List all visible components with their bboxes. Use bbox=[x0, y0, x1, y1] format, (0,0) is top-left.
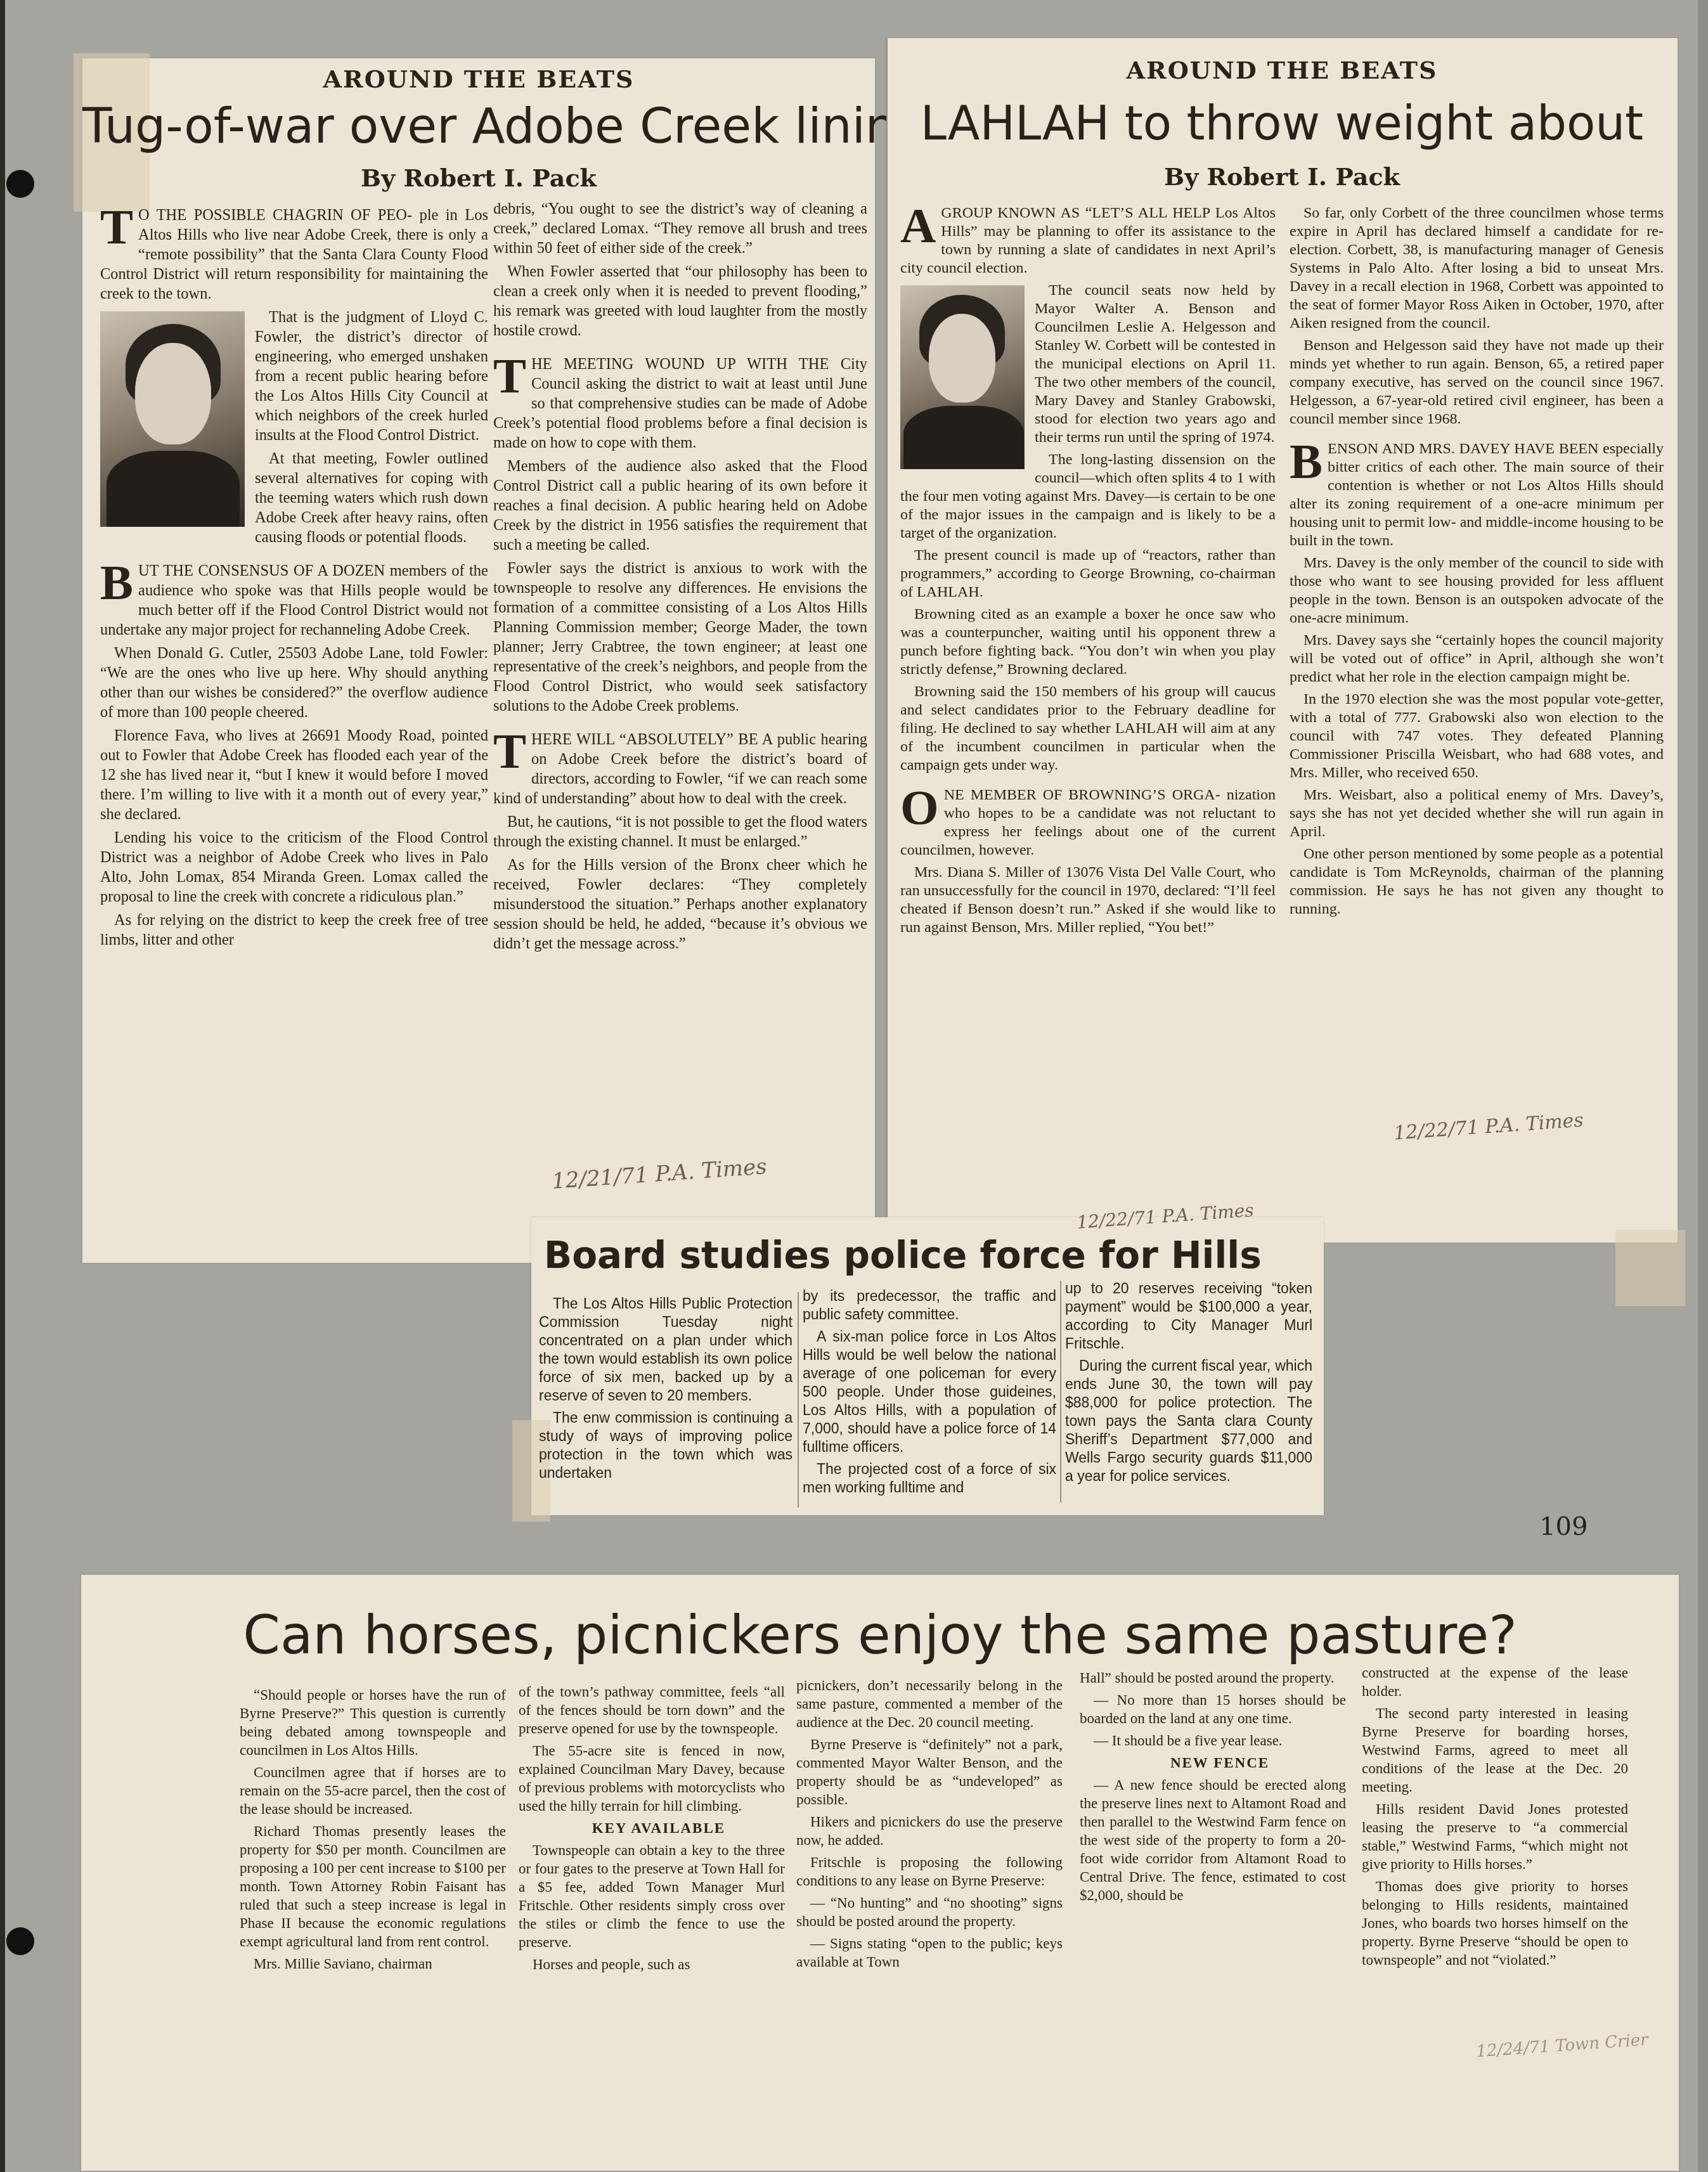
article-column: up to 20 reserves receiving “token payme… bbox=[1065, 1279, 1312, 1489]
drop-cap: B bbox=[100, 564, 133, 602]
handwritten-date-note: 12/21/71 P.A. Times bbox=[551, 1154, 768, 1194]
article-byline: By Robert I. Pack bbox=[886, 162, 1678, 191]
article-headline: LAHLAH to throw weight about bbox=[886, 96, 1678, 151]
drop-cap: A bbox=[900, 207, 936, 245]
handwritten-date-note: 12/24/71 Town Crier bbox=[1475, 2031, 1648, 2062]
portrait-photo-icon bbox=[900, 285, 1025, 469]
article-column: Hall” should be posted around the proper… bbox=[1080, 1669, 1346, 1908]
hole-punch-icon bbox=[6, 1927, 34, 1955]
article-column: constructed at the expense of the lease … bbox=[1362, 1664, 1628, 1973]
article-byline: By Robert I. Pack bbox=[82, 164, 875, 192]
column-divider bbox=[886, 38, 888, 1243]
article-headline: Can horses, picnickers enjoy the same pa… bbox=[81, 1604, 1679, 1666]
section-subhead: KEY AVAILABLE bbox=[519, 1819, 785, 1837]
article-kicker: AROUND THE BEATS bbox=[82, 65, 875, 93]
article-column: The Los Altos Hills Public Protection Co… bbox=[539, 1295, 793, 1486]
clipping-police-force: Board studies police force for Hills 12/… bbox=[531, 1217, 1324, 1515]
clipping-horses-picnickers: Can horses, picnickers enjoy the same pa… bbox=[81, 1575, 1679, 2171]
section-subhead: NEW FENCE bbox=[1080, 1754, 1346, 1772]
tape-strip bbox=[1615, 1230, 1685, 1306]
article-column: TO THE POSSIBLE CHAGRIN OF PEO- ple in L… bbox=[100, 205, 488, 953]
article-column: by its predecessor, the traffic and publ… bbox=[803, 1287, 1056, 1501]
column-divider bbox=[1060, 1281, 1061, 1503]
hole-punch-icon bbox=[6, 170, 34, 198]
article-headline: Tug-of-war over Adobe Creek lining bbox=[82, 98, 875, 154]
handwritten-date-note: 12/22/71 P.A. Times bbox=[1393, 1109, 1584, 1145]
article-column: AGROUP KNOWN AS “LET’S ALL HELP Los Alto… bbox=[900, 204, 1276, 941]
article-column: picnickers, don’t necessarily belong in … bbox=[796, 1676, 1063, 1975]
article-headline: Board studies police force for Hills bbox=[544, 1234, 1305, 1277]
page-number: 109 bbox=[1539, 1512, 1588, 1541]
drop-cap: B bbox=[1290, 443, 1323, 481]
article-column: So far, only Corbett of the three counci… bbox=[1290, 204, 1664, 922]
clipping-lahlah: AROUND THE BEATS LAHLAH to throw weight … bbox=[886, 38, 1678, 1243]
drop-cap: T bbox=[493, 357, 526, 395]
article-column: debris, “You ought to see the district’s… bbox=[493, 199, 867, 957]
article-kicker: AROUND THE BEATS bbox=[886, 56, 1678, 84]
article-column: of the town’s pathway committee, feels “… bbox=[519, 1683, 785, 1977]
column-divider bbox=[798, 1292, 799, 1508]
article-column: “Should people or horses have the run of… bbox=[240, 1686, 506, 1977]
drop-cap: O bbox=[900, 789, 939, 827]
drop-cap: T bbox=[493, 732, 526, 770]
clipping-adobe-creek: AROUND THE BEATS Tug-of-war over Adobe C… bbox=[82, 58, 875, 1263]
drop-cap: T bbox=[100, 208, 133, 246]
portrait-photo-icon bbox=[100, 311, 245, 527]
scrapbook-page: AROUND THE BEATS Tug-of-war over Adobe C… bbox=[5, 0, 1698, 2172]
